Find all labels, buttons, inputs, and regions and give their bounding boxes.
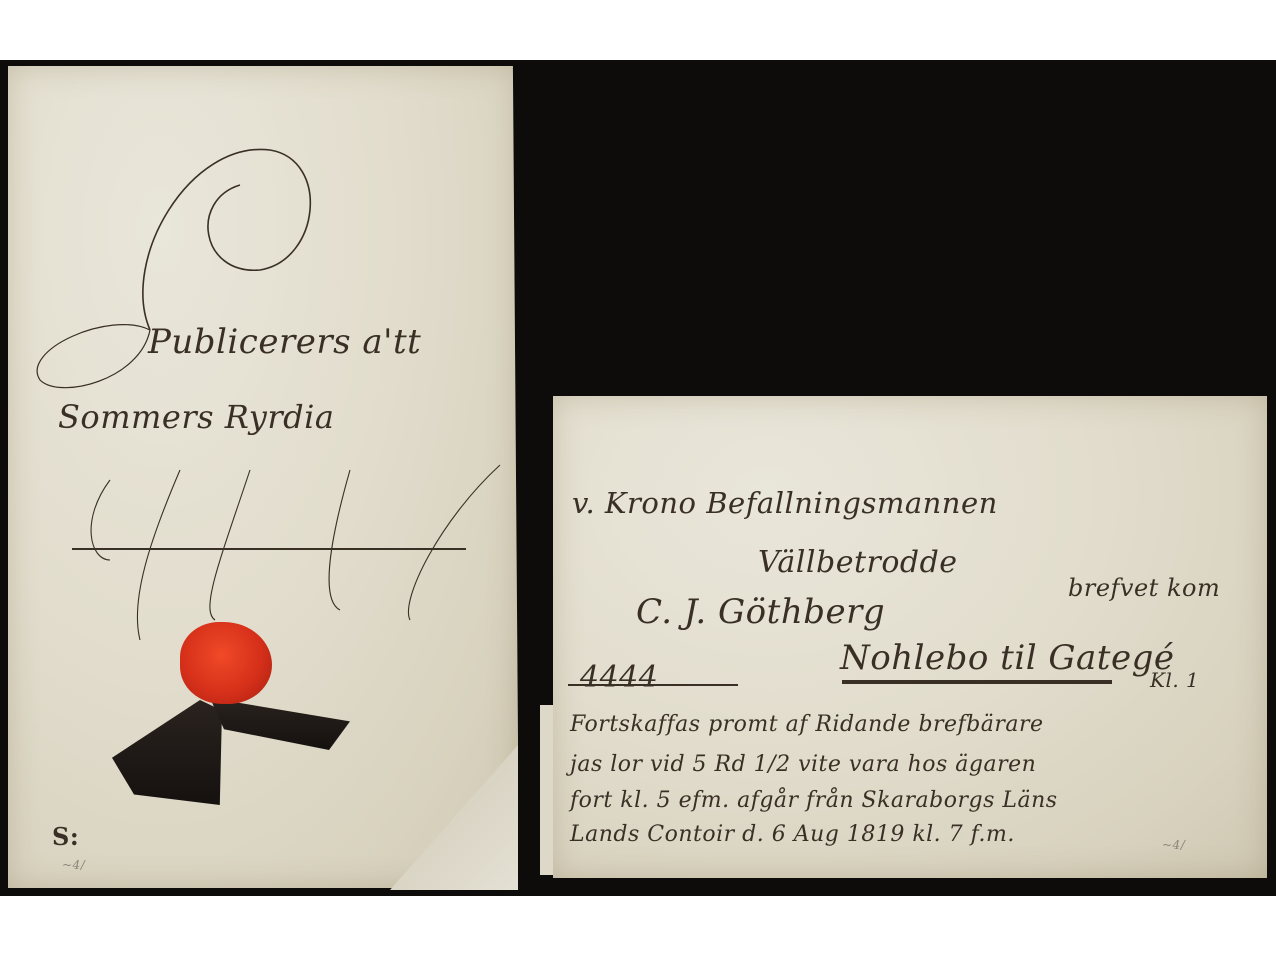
- body-line-1: Fortskaffas promt af Ridande brefbärare: [570, 712, 1044, 737]
- body-line-3: fort kl. 5 efm. afgår från Skaraborgs Lä…: [570, 788, 1058, 813]
- left-footer-mark: S:: [52, 822, 79, 851]
- red-wax-seal: [180, 622, 272, 704]
- left-strike-line: [72, 548, 466, 550]
- body-line-2: jas lor vid 5 Rd 1/2 vite vara hos ägare…: [570, 752, 1036, 777]
- body-line-4: Lands Contoir d. 6 Aug 1819 kl. 7 f.m.: [570, 822, 1015, 847]
- address-line-4: Nohlebo til Gategé: [840, 638, 1174, 678]
- left-address-line-1: Publicerers a'tt: [148, 322, 421, 362]
- left-pencil-mark: ~4/: [62, 858, 85, 872]
- address-underline: [842, 680, 1112, 684]
- left-address-line-2: Sommers Ryrdia: [58, 398, 334, 436]
- crossed-mark: 4444: [580, 660, 658, 695]
- side-note-line-2: Kl. 1: [1150, 668, 1199, 692]
- address-line-3: C. J. Göthberg: [636, 592, 885, 632]
- address-line-2: Vällbetrodde: [758, 545, 958, 580]
- address-line-1: v. Krono Befallningsmannen: [572, 486, 998, 520]
- right-pencil-mark: ~4/: [1162, 838, 1185, 852]
- side-note-line-1: brefvet kom: [1068, 574, 1220, 602]
- crossed-mark-strike: [568, 684, 738, 686]
